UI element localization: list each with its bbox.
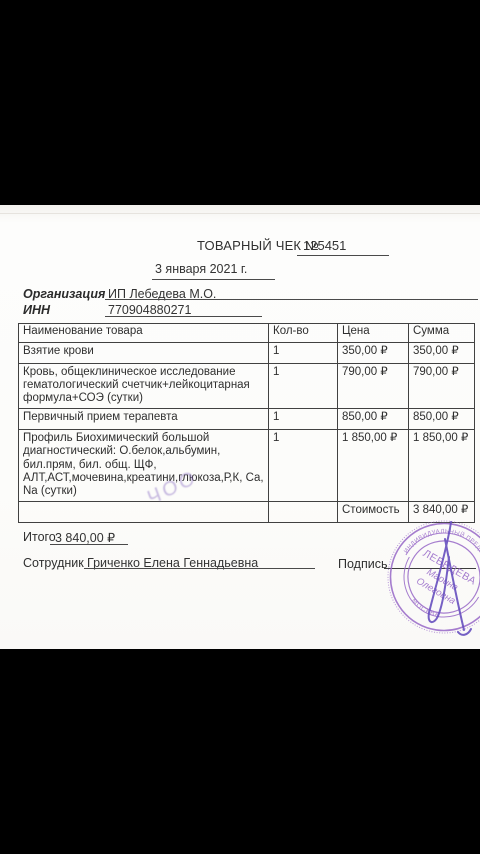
header-price: Цена — [338, 324, 409, 343]
employee-label: Сотрудник — [23, 556, 84, 570]
phone-screenshot: { "colors": { "background": "#000000", "… — [0, 0, 480, 854]
header-item-name: Наименование товара — [19, 324, 269, 343]
receipt-document: ТОВАРНЫЙ ЧЕК № 125451 3 января 2021 г. О… — [0, 205, 480, 649]
inn-label: ИНН — [23, 303, 50, 317]
item-price: 790,00 ₽ — [338, 364, 409, 409]
item-name: Профиль Биохимический большой диагностич… — [19, 430, 269, 502]
table-header-row: Наименование товара Кол-во Цена Сумма — [19, 324, 475, 343]
items-body: Взятие крови1350,00 ₽350,00 ₽Кровь, обще… — [19, 343, 475, 502]
item-price: 350,00 ₽ — [338, 343, 409, 364]
item-sum: 790,00 ₽ — [409, 364, 475, 409]
table-row: Кровь, общеклиническое исследование гема… — [19, 364, 475, 409]
paper-edge-line — [0, 213, 480, 214]
item-qty: 1 — [269, 364, 338, 409]
organization-underline — [105, 299, 478, 300]
table-row: Первичный прием терапевта1850,00 ₽850,00… — [19, 409, 475, 430]
item-sum: 850,00 ₽ — [409, 409, 475, 430]
inn-underline — [105, 316, 262, 317]
table-row: Взятие крови1350,00 ₽350,00 ₽ — [19, 343, 475, 364]
table-row: Профиль Биохимический большой диагностич… — [19, 430, 475, 502]
item-sum: 350,00 ₽ — [409, 343, 475, 364]
totals-empty-qty — [269, 501, 338, 522]
inn-value: 770904880271 — [108, 303, 191, 317]
item-price: 850,00 ₽ — [338, 409, 409, 430]
item-name: Кровь, общеклиническое исследование гема… — [19, 364, 269, 409]
signature-stroke-1 — [429, 522, 451, 622]
total-value: 3 840,00 ₽ — [55, 530, 115, 545]
item-price: 1 850,00 ₽ — [338, 430, 409, 502]
handwritten-signature — [380, 505, 480, 645]
receipt-date: 3 января 2021 г. — [152, 262, 275, 280]
total-label: Итого — [23, 530, 56, 544]
signature-stroke-2 — [445, 539, 464, 630]
items-table: Наименование товара Кол-во Цена Сумма Вз… — [18, 323, 475, 523]
total-underline — [50, 544, 128, 545]
header-sum: Сумма — [409, 324, 475, 343]
totals-empty-name — [19, 501, 269, 522]
organization-label: Организация — [23, 287, 105, 301]
header-qty: Кол-во — [269, 324, 338, 343]
item-qty: 1 — [269, 430, 338, 502]
item-name: Взятие крови — [19, 343, 269, 364]
item-name: Первичный прием терапевта — [19, 409, 269, 430]
item-qty: 1 — [269, 409, 338, 430]
item-qty: 1 — [269, 343, 338, 364]
receipt-number: 125451 — [297, 238, 389, 256]
item-sum: 1 850,00 ₽ — [409, 430, 475, 502]
employee-underline — [84, 568, 315, 569]
